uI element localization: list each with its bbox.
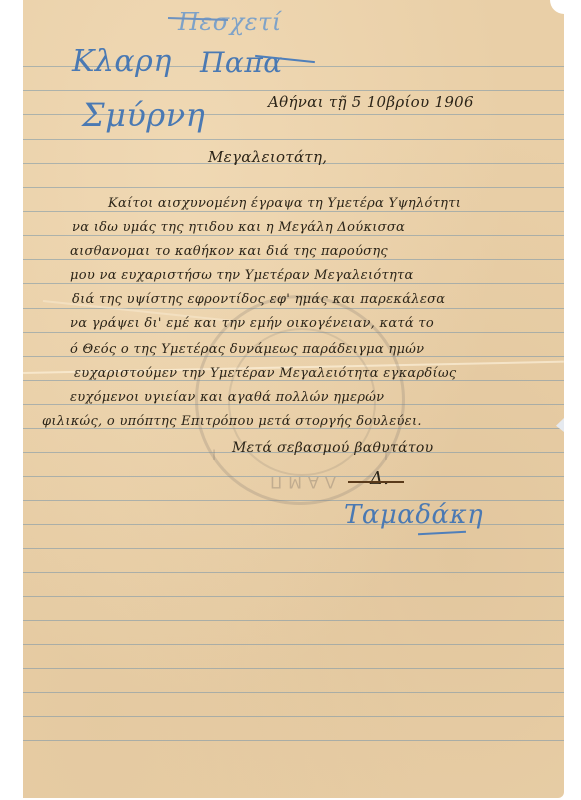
body-line: μου να ευχαριστήσω την Υμετέραν Μεγαλειό… [70,268,414,283]
ruled-line [23,692,564,693]
body-line: ό Θεός ο της Υμετέρας δυνάμεως παράδειγμ… [70,342,424,357]
ruled-line [23,596,564,597]
body-line: φιλικώς, ο υπόπτης Επιτρόπου μετά στοργή… [42,414,422,429]
annotation-top: Πεσχετί [178,8,282,36]
ruled-line [23,139,564,140]
annotation-signature: Ταμαδάκη [344,500,483,530]
ruled-line [23,620,564,621]
ruled-line [23,211,564,212]
ruled-line [23,283,564,284]
ruled-line [23,644,564,645]
annotation-middle-left: Κλαρη [72,44,172,79]
torn-edge [556,418,564,432]
ruled-line [23,668,564,669]
ruled-line [23,572,564,573]
body-line: να ιδω υμάς της ητιδου και η Μεγάλη Δούκ… [72,220,405,235]
annotation-middle-right: Παπα [200,46,283,79]
closing: Μετά σεβασμού βαθυτάτου [232,440,433,456]
seal-mark: Ι [212,448,216,464]
ruled-line [23,235,564,236]
body-line: ευχαριστούμεν την Υμετέραν Μεγαλειότητα … [74,366,456,381]
torn-corner [550,0,564,14]
body-line: Καίτοι αισχυνομένη έγραψα τη Υμετέρα Υψη… [108,196,461,211]
ruled-line [23,90,564,91]
ruled-line [23,716,564,717]
ruled-line [23,259,564,260]
body-line: διά της υψίστης εφροντίδος εφ' ημάς και … [72,292,445,307]
body-line: αισθανομαι το καθήκον και διά της παρούσ… [70,244,388,259]
body-line: να γράψει δι' εμέ και την εμήν οικογένει… [70,316,434,331]
salutation: Μεγαλειοτάτη, [208,148,327,166]
place-date: Αθήναι τῇ 5 10βρίου 1906 [268,93,474,111]
signature-initial: Δ. [370,468,389,489]
ruled-line [23,548,564,549]
signature-underline [348,481,404,483]
ruled-line [23,187,564,188]
body-line: ευχόμενοι υγιείαν και αγαθά πολλών ημερώ… [70,390,384,405]
ruled-line [23,740,564,741]
annotation-bottom: Σμύρνη [82,96,205,134]
